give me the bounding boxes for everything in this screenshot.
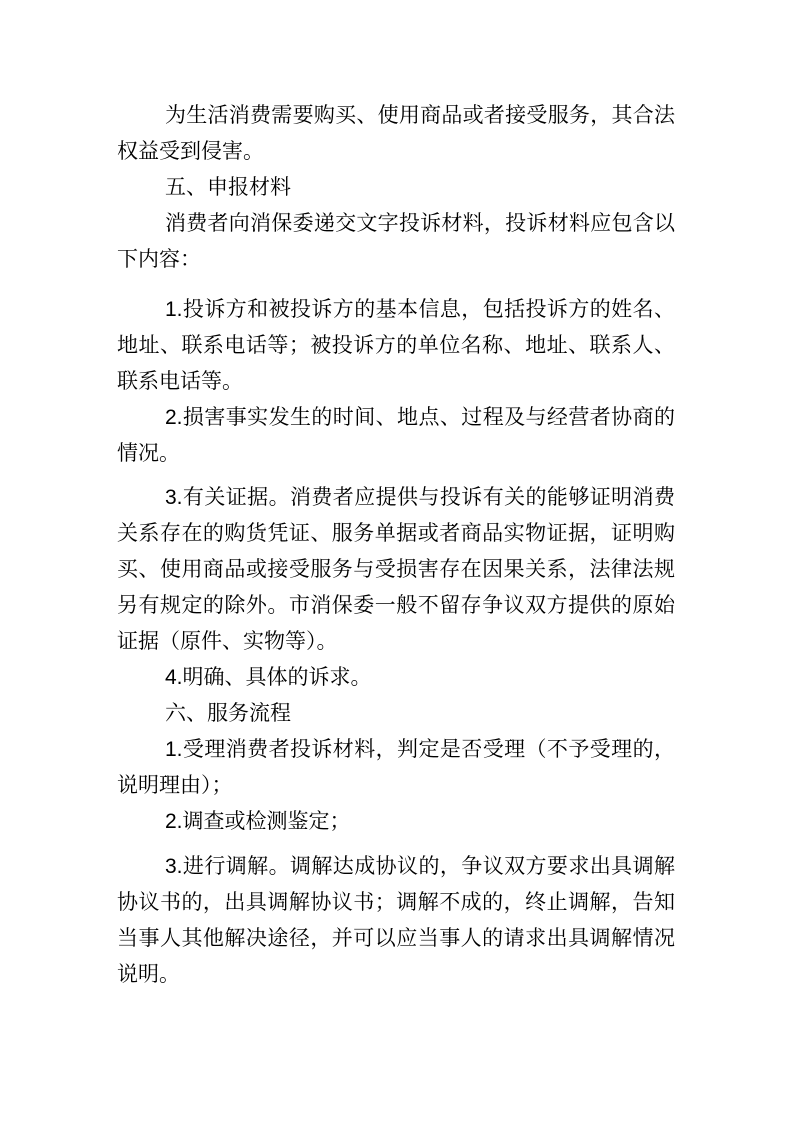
text-line: 联系电话等。 bbox=[117, 364, 675, 400]
text-line: 消费者向消保委递交文字投诉材料，投诉材料应包含以 bbox=[117, 206, 675, 242]
text-line: 情况。 bbox=[117, 436, 675, 472]
text-line: 另有规定的除外。市消保委一般不留存争议双方提供的原始 bbox=[117, 588, 675, 624]
paragraph: 4.明确、具体的诉求。 bbox=[117, 660, 675, 696]
paragraph: 2.损害事实发生的时间、地点、过程及与经营者协商的情况。 bbox=[117, 400, 675, 472]
text-line: 3.有关证据。消费者应提供与投诉有关的能够证明消费 bbox=[117, 480, 675, 516]
document-content: 为生活消费需要购买、使用商品或者接受服务，其合法权益受到侵害。五、申报材料消费者… bbox=[117, 98, 675, 993]
section-heading: 五、申报材料 bbox=[117, 170, 675, 206]
text-line: 协议书的，出具调解协议书；调解不成的，终止调解，告知 bbox=[117, 885, 675, 921]
text-line: 关系存在的购货凭证、服务单据或者商品实物证据，证明购 bbox=[117, 516, 675, 552]
text-line: 权益受到侵害。 bbox=[117, 134, 675, 170]
text-line: 说明。 bbox=[117, 957, 675, 993]
text-line: 五、申报材料 bbox=[117, 170, 675, 206]
text-line: 说明理由）； bbox=[117, 768, 675, 804]
text-line: 3.进行调解。调解达成协议的，争议双方要求出具调解 bbox=[117, 849, 675, 885]
text-line: 1.投诉方和被投诉方的基本信息，包括投诉方的姓名、 bbox=[117, 292, 675, 328]
paragraph: 消费者向消保委递交文字投诉材料，投诉材料应包含以下内容： bbox=[117, 206, 675, 278]
document-page: 为生活消费需要购买、使用商品或者接受服务，其合法权益受到侵害。五、申报材料消费者… bbox=[0, 0, 793, 1122]
paragraph: 1.投诉方和被投诉方的基本信息，包括投诉方的姓名、地址、联系电话等；被投诉方的单… bbox=[117, 292, 675, 400]
text-line: 2.调查或检测鉴定； bbox=[117, 804, 675, 840]
paragraph: 3.进行调解。调解达成协议的，争议双方要求出具调解协议书的，出具调解协议书；调解… bbox=[117, 849, 675, 993]
text-line: 2.损害事实发生的时间、地点、过程及与经营者协商的 bbox=[117, 400, 675, 436]
paragraph: 为生活消费需要购买、使用商品或者接受服务，其合法权益受到侵害。 bbox=[117, 98, 675, 170]
text-line: 地址、联系电话等；被投诉方的单位名称、地址、联系人、 bbox=[117, 328, 675, 364]
text-line: 当事人其他解决途径，并可以应当事人的请求出具调解情况 bbox=[117, 921, 675, 957]
paragraph: 1.受理消费者投诉材料，判定是否受理（不予受理的，说明理由）； bbox=[117, 732, 675, 804]
text-line: 为生活消费需要购买、使用商品或者接受服务，其合法 bbox=[117, 98, 675, 134]
text-line: 下内容： bbox=[117, 242, 675, 278]
text-line: 1.受理消费者投诉材料，判定是否受理（不予受理的， bbox=[117, 732, 675, 768]
text-line: 买、使用商品或接受服务与受损害存在因果关系，法律法规 bbox=[117, 552, 675, 588]
section-heading: 六、服务流程 bbox=[117, 696, 675, 732]
text-line: 证据（原件、实物等）。 bbox=[117, 624, 675, 660]
text-line: 六、服务流程 bbox=[117, 696, 675, 732]
text-line: 4.明确、具体的诉求。 bbox=[117, 660, 675, 696]
paragraph: 3.有关证据。消费者应提供与投诉有关的能够证明消费关系存在的购货凭证、服务单据或… bbox=[117, 480, 675, 660]
paragraph: 2.调查或检测鉴定； bbox=[117, 804, 675, 840]
